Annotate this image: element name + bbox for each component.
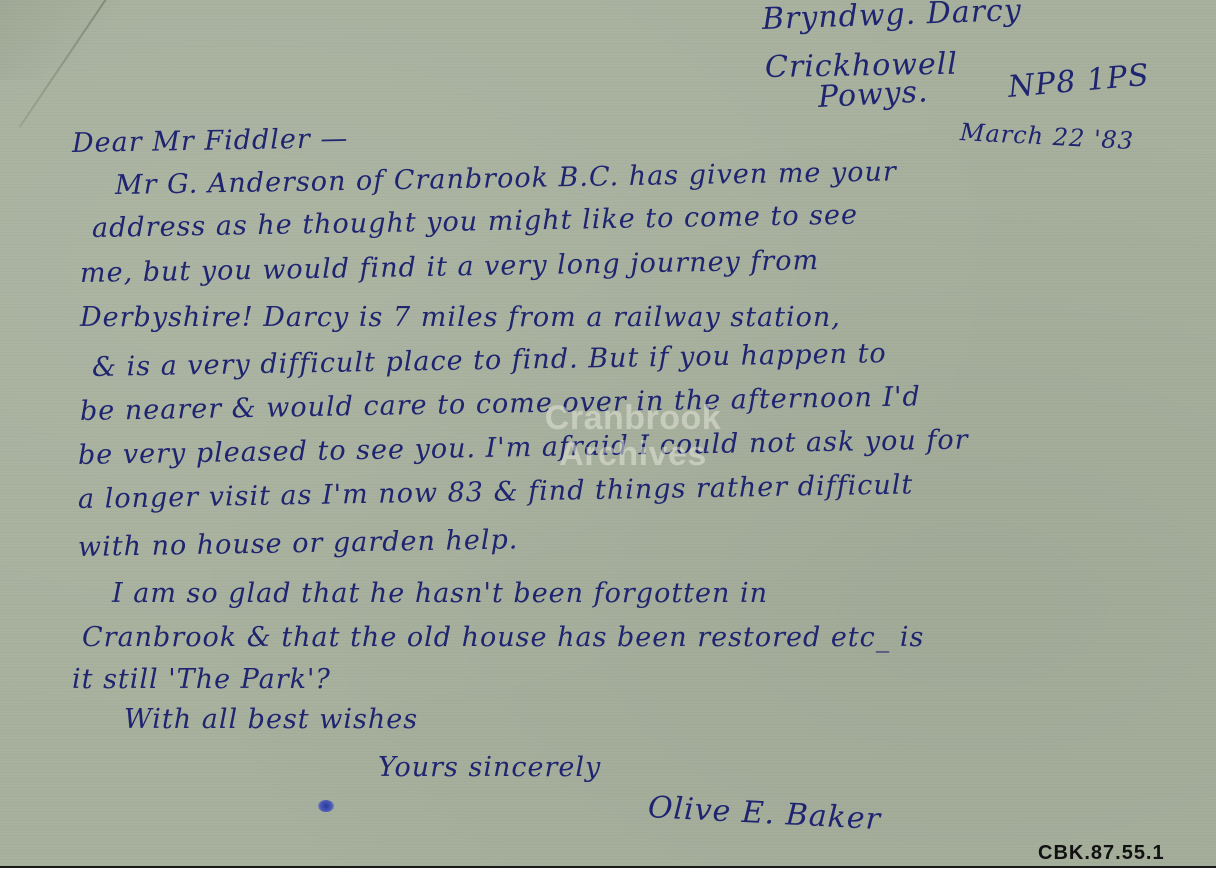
- salutation: Dear Mr Fiddler —: [72, 123, 349, 159]
- body-line: With all best wishes: [124, 704, 418, 735]
- signature: Olive E. Baker: [647, 790, 882, 837]
- body-line: I am so glad that he hasn't been forgott…: [112, 578, 768, 609]
- watermark-line-2: Archives: [503, 436, 763, 472]
- body-line: with no house or garden help.: [78, 524, 519, 563]
- watermark-line-1: Cranbrook: [503, 400, 763, 436]
- closing: Yours sincerely: [378, 752, 601, 783]
- letter-paper: Bryndwg. Darcy Crickhowell Powys. NP8 1P…: [0, 0, 1216, 868]
- body-line: Mr G. Anderson of Cranbrook B.C. has giv…: [115, 156, 897, 201]
- letter-date: March 22 '83: [959, 118, 1134, 155]
- postcode: NP8 1PS: [1006, 58, 1150, 105]
- catalog-number: CBK.87.55.1: [1038, 842, 1165, 865]
- address-line-1: Bryndwg. Darcy: [761, 0, 1022, 37]
- scan-margin: [0, 868, 1216, 873]
- body-line: & is a very difficult place to find. But…: [92, 338, 887, 383]
- body-line: a longer visit as I'm now 83 & find thin…: [78, 469, 914, 515]
- body-line: me, but you would find it a very long jo…: [80, 245, 820, 289]
- body-line: Cranbrook & that the old house has been …: [82, 622, 924, 653]
- body-line: be nearer & would care to come over in t…: [80, 381, 921, 427]
- body-line: Derbyshire! Darcy is 7 miles from a rail…: [80, 302, 841, 333]
- ink-blot: [318, 800, 334, 812]
- body-line: address as he thought you might like to …: [92, 200, 859, 244]
- address-line-3: Powys.: [817, 74, 929, 115]
- body-line: it still 'The Park'?: [72, 664, 331, 695]
- archive-watermark: Cranbrook Archives: [503, 400, 763, 472]
